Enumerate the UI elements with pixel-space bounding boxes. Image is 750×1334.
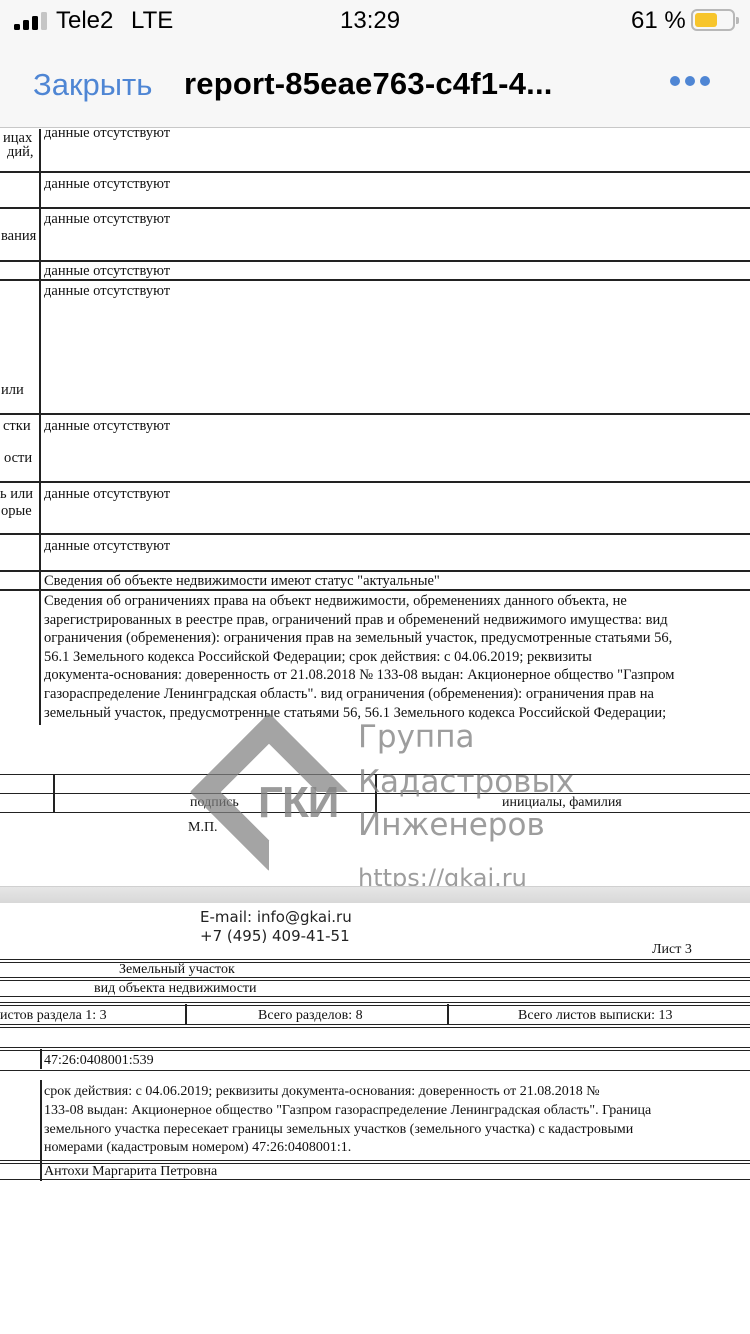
signature-table-divider	[375, 774, 377, 813]
clock: 13:29	[340, 7, 400, 35]
row-label-fragment: орые	[1, 502, 32, 520]
page-break	[0, 886, 750, 903]
table-cell-value: данные отсутствуют	[44, 537, 170, 555]
stamp-label: М.П.	[188, 819, 218, 837]
row-divider	[0, 1160, 750, 1161]
row-label-fragment: вания	[1, 227, 36, 245]
signature-table-divider	[53, 774, 55, 813]
close-button[interactable]: Закрыть	[33, 67, 152, 103]
row-divider	[0, 1005, 750, 1006]
watermark-logo-text: ГКИ	[258, 778, 338, 828]
contact-email: E-mail: info@gkai.ru	[200, 908, 352, 927]
column-divider	[40, 1080, 42, 1163]
row-divider	[0, 589, 750, 591]
row-divider	[0, 171, 750, 173]
column-divider	[40, 1049, 42, 1069]
table-column-divider	[39, 129, 41, 725]
signal-strength-icon	[14, 12, 50, 30]
network-type: LTE	[131, 7, 173, 35]
row-divider	[0, 481, 750, 483]
row-label-fragment: дий,	[7, 143, 34, 161]
more-options-button[interactable]	[670, 76, 710, 88]
object-status-value: Сведения об объекте недвижимости имеют с…	[44, 572, 440, 590]
section-sheets-count: истов раздела 1: 3	[0, 1007, 107, 1025]
column-divider	[185, 1004, 187, 1024]
row-divider	[0, 959, 750, 960]
battery-percent: 61 %	[631, 7, 686, 35]
table-cell-value: данные отсутствуют	[44, 262, 170, 280]
status-bar: Tele2 LTE 13:29 61 %	[0, 0, 750, 40]
restriction-details: срок действия: с 04.06.2019; реквизиты д…	[44, 1083, 651, 1158]
row-divider	[0, 962, 750, 963]
signature-label: подпись	[190, 794, 239, 812]
row-label-fragment: ь или	[0, 485, 33, 503]
table-cell-value: данные отсутствуют	[44, 485, 170, 503]
ellipsis-icon	[670, 76, 680, 86]
total-sheets-count: Всего листов выписки: 13	[518, 1007, 672, 1025]
row-divider	[0, 1047, 750, 1048]
pdf-document-view[interactable]: ицах дий, данные отсутствуют данные отсу…	[0, 129, 750, 1334]
row-divider	[0, 1024, 750, 1025]
row-divider	[0, 1179, 750, 1180]
restrictions-value: Сведения об ограничениях права на объект…	[44, 592, 674, 722]
table-cell-value: данные отсутствуют	[44, 282, 170, 300]
row-divider	[0, 996, 750, 997]
row-divider	[0, 279, 750, 281]
sheet-number: Лист 3	[652, 941, 692, 959]
total-sections-count: Всего разделов: 8	[258, 1007, 363, 1025]
row-divider	[0, 977, 750, 978]
row-divider	[0, 1070, 750, 1071]
column-divider	[447, 1004, 449, 1024]
carrier-name: Tele2	[56, 7, 113, 35]
row-divider	[0, 207, 750, 209]
document-viewer-navbar: Закрыть report-85eae763-c4f1-4...	[0, 40, 750, 128]
contact-phone: +7 (495) 409-41-51	[200, 927, 350, 946]
initials-label: инициалы, фамилия	[502, 794, 622, 812]
table-cell-value: данные отсутствуют	[44, 417, 170, 435]
watermark-line-1: Группа	[358, 719, 474, 755]
document-title: report-85eae763-c4f1-4...	[184, 66, 553, 102]
row-divider	[0, 1002, 750, 1003]
watermark-logo-icon	[190, 713, 348, 871]
row-divider	[0, 1027, 750, 1028]
table-cell-value: данные отсутствуют	[44, 210, 170, 228]
row-label-fragment: стки	[3, 417, 31, 435]
cadastral-number: 47:26:0408001:539	[44, 1052, 154, 1070]
row-label-fragment: или	[1, 381, 24, 399]
battery-icon	[691, 9, 735, 31]
table-cell-value: данные отсутствуют	[44, 129, 170, 142]
row-divider	[0, 533, 750, 535]
table-cell-value: данные отсутствуют	[44, 175, 170, 193]
row-divider	[0, 413, 750, 415]
row-label-fragment: ости	[4, 449, 32, 467]
row-divider	[0, 1050, 750, 1051]
